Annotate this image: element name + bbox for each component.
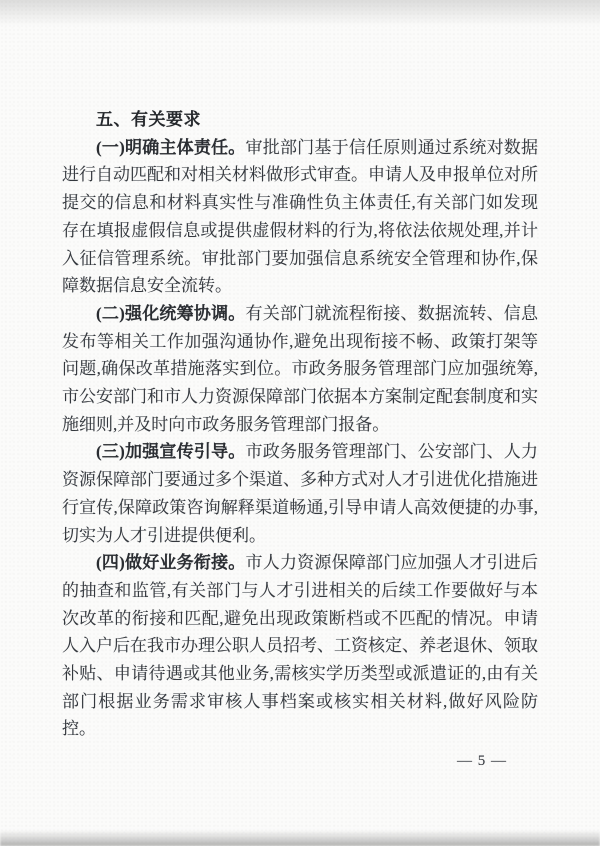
paragraph-text: 有关部门就流程衔接、数据流转、信息发布等相关工作加强沟通协作,避免出现衔接不畅、…: [62, 304, 538, 434]
paragraph-1: (一)明确主体责任。审批部门基于信任原则通过系统对数据进行自动匹配和对相关材料做…: [62, 134, 538, 300]
paragraph-text: 审批部门基于信任原则通过系统对数据进行自动匹配和对相关材料做形式审查。申请人及申…: [62, 138, 538, 296]
paragraph-lead: (四)做好业务衔接。: [96, 553, 246, 572]
document-body: (一)明确主体责任。审批部门基于信任原则通过系统对数据进行自动匹配和对相关材料做…: [62, 134, 538, 743]
document-content: 五、有关要求 (一)明确主体责任。审批部门基于信任原则通过系统对数据进行自动匹配…: [62, 106, 538, 743]
paragraph-lead: (二)强化统筹协调。: [96, 304, 246, 323]
paragraph-text: 市人力资源保障部门应加强人才引进后的抽查和监管,有关部门与人才引进相关的后续工作…: [62, 553, 538, 738]
paragraph-4: (四)做好业务衔接。市人力资源保障部门应加强人才引进后的抽查和监管,有关部门与人…: [62, 549, 538, 743]
scan-edge-bottom: [0, 830, 600, 846]
scan-edge-top: [0, 0, 600, 26]
paragraph-2: (二)强化统筹协调。有关部门就流程衔接、数据流转、信息发布等相关工作加强沟通协作…: [62, 300, 538, 439]
paragraph-3: (三)加强宣传引导。市政务服务管理部门、公安部门、人力资源保障部门要通过多个渠道…: [62, 438, 538, 549]
section-title: 五、有关要求: [62, 106, 538, 134]
paragraph-lead: (一)明确主体责任。: [96, 138, 246, 157]
paragraph-lead: (三)加强宣传引导。: [96, 442, 246, 461]
page-number: — 5 —: [457, 752, 507, 770]
scanned-page: 五、有关要求 (一)明确主体责任。审批部门基于信任原则通过系统对数据进行自动匹配…: [0, 0, 600, 846]
